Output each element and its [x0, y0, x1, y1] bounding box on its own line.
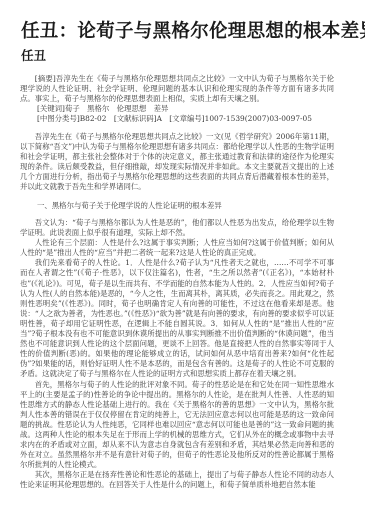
- section-body: 吾文认为：“荀子与黑格尔都认为人性是恶的”，他们都以人性恶为出发点，给伦理学以生…: [20, 218, 334, 491]
- document-page: 任丑：论荀子与黑格尔伦理思想的根本差异 任丑 [摘要]吾淳先生在《荀子与黑格尔伦…: [0, 0, 365, 516]
- body-paragraph: 其次，黑格尔正是在扬弃性善论和性恶论的基础上，提出了与荀子静态人性论不同的动态人…: [20, 470, 334, 490]
- body-paragraph: 吾文认为：“荀子与黑格尔都认为人性是恶的”，他们都以人性恶为出发点，给伦理学以生…: [20, 218, 334, 238]
- body-paragraph: 首先，黑格尔与荀子的人性论的批评对象不同。荀子的性恶论是在和它处在同一知性思维水…: [20, 380, 334, 471]
- abstract-paragraph: [摘要]吾淳先生在《荀子与黑格尔伦理思想共同点之比较》一文中认为荀子与黑格尔关于…: [20, 74, 334, 104]
- keywords-line: [关键词]荀子 黑格尔 伦理思想 差异: [37, 104, 168, 114]
- section-heading: 一、黑格尔与荀子关于伦理学说的人性论证明的根本差异: [37, 201, 222, 211]
- classification-line: [中图分类号]B82-02 [文献标识码]A [文章编号]1007-1539(2…: [37, 114, 312, 124]
- body-paragraph: 我们先来看荀子的人性论。1．人性是什么?荀子认为“凡性者天之就也，……不可学不可…: [20, 258, 334, 379]
- body-paragraph: 人性论有三个层面：人性是什么?这属于事实判断；人性应当如何?这属于价值判断；如何…: [20, 238, 334, 258]
- author-name: 任丑: [21, 46, 46, 64]
- page-title: 任丑：论荀子与黑格尔伦理思想的根本差异: [21, 17, 365, 43]
- intro-paragraph: 吾淳先生在《荀子与黑格尔伦理思想共同点之比较》一文(见《哲学研究》2006年第1…: [20, 132, 334, 193]
